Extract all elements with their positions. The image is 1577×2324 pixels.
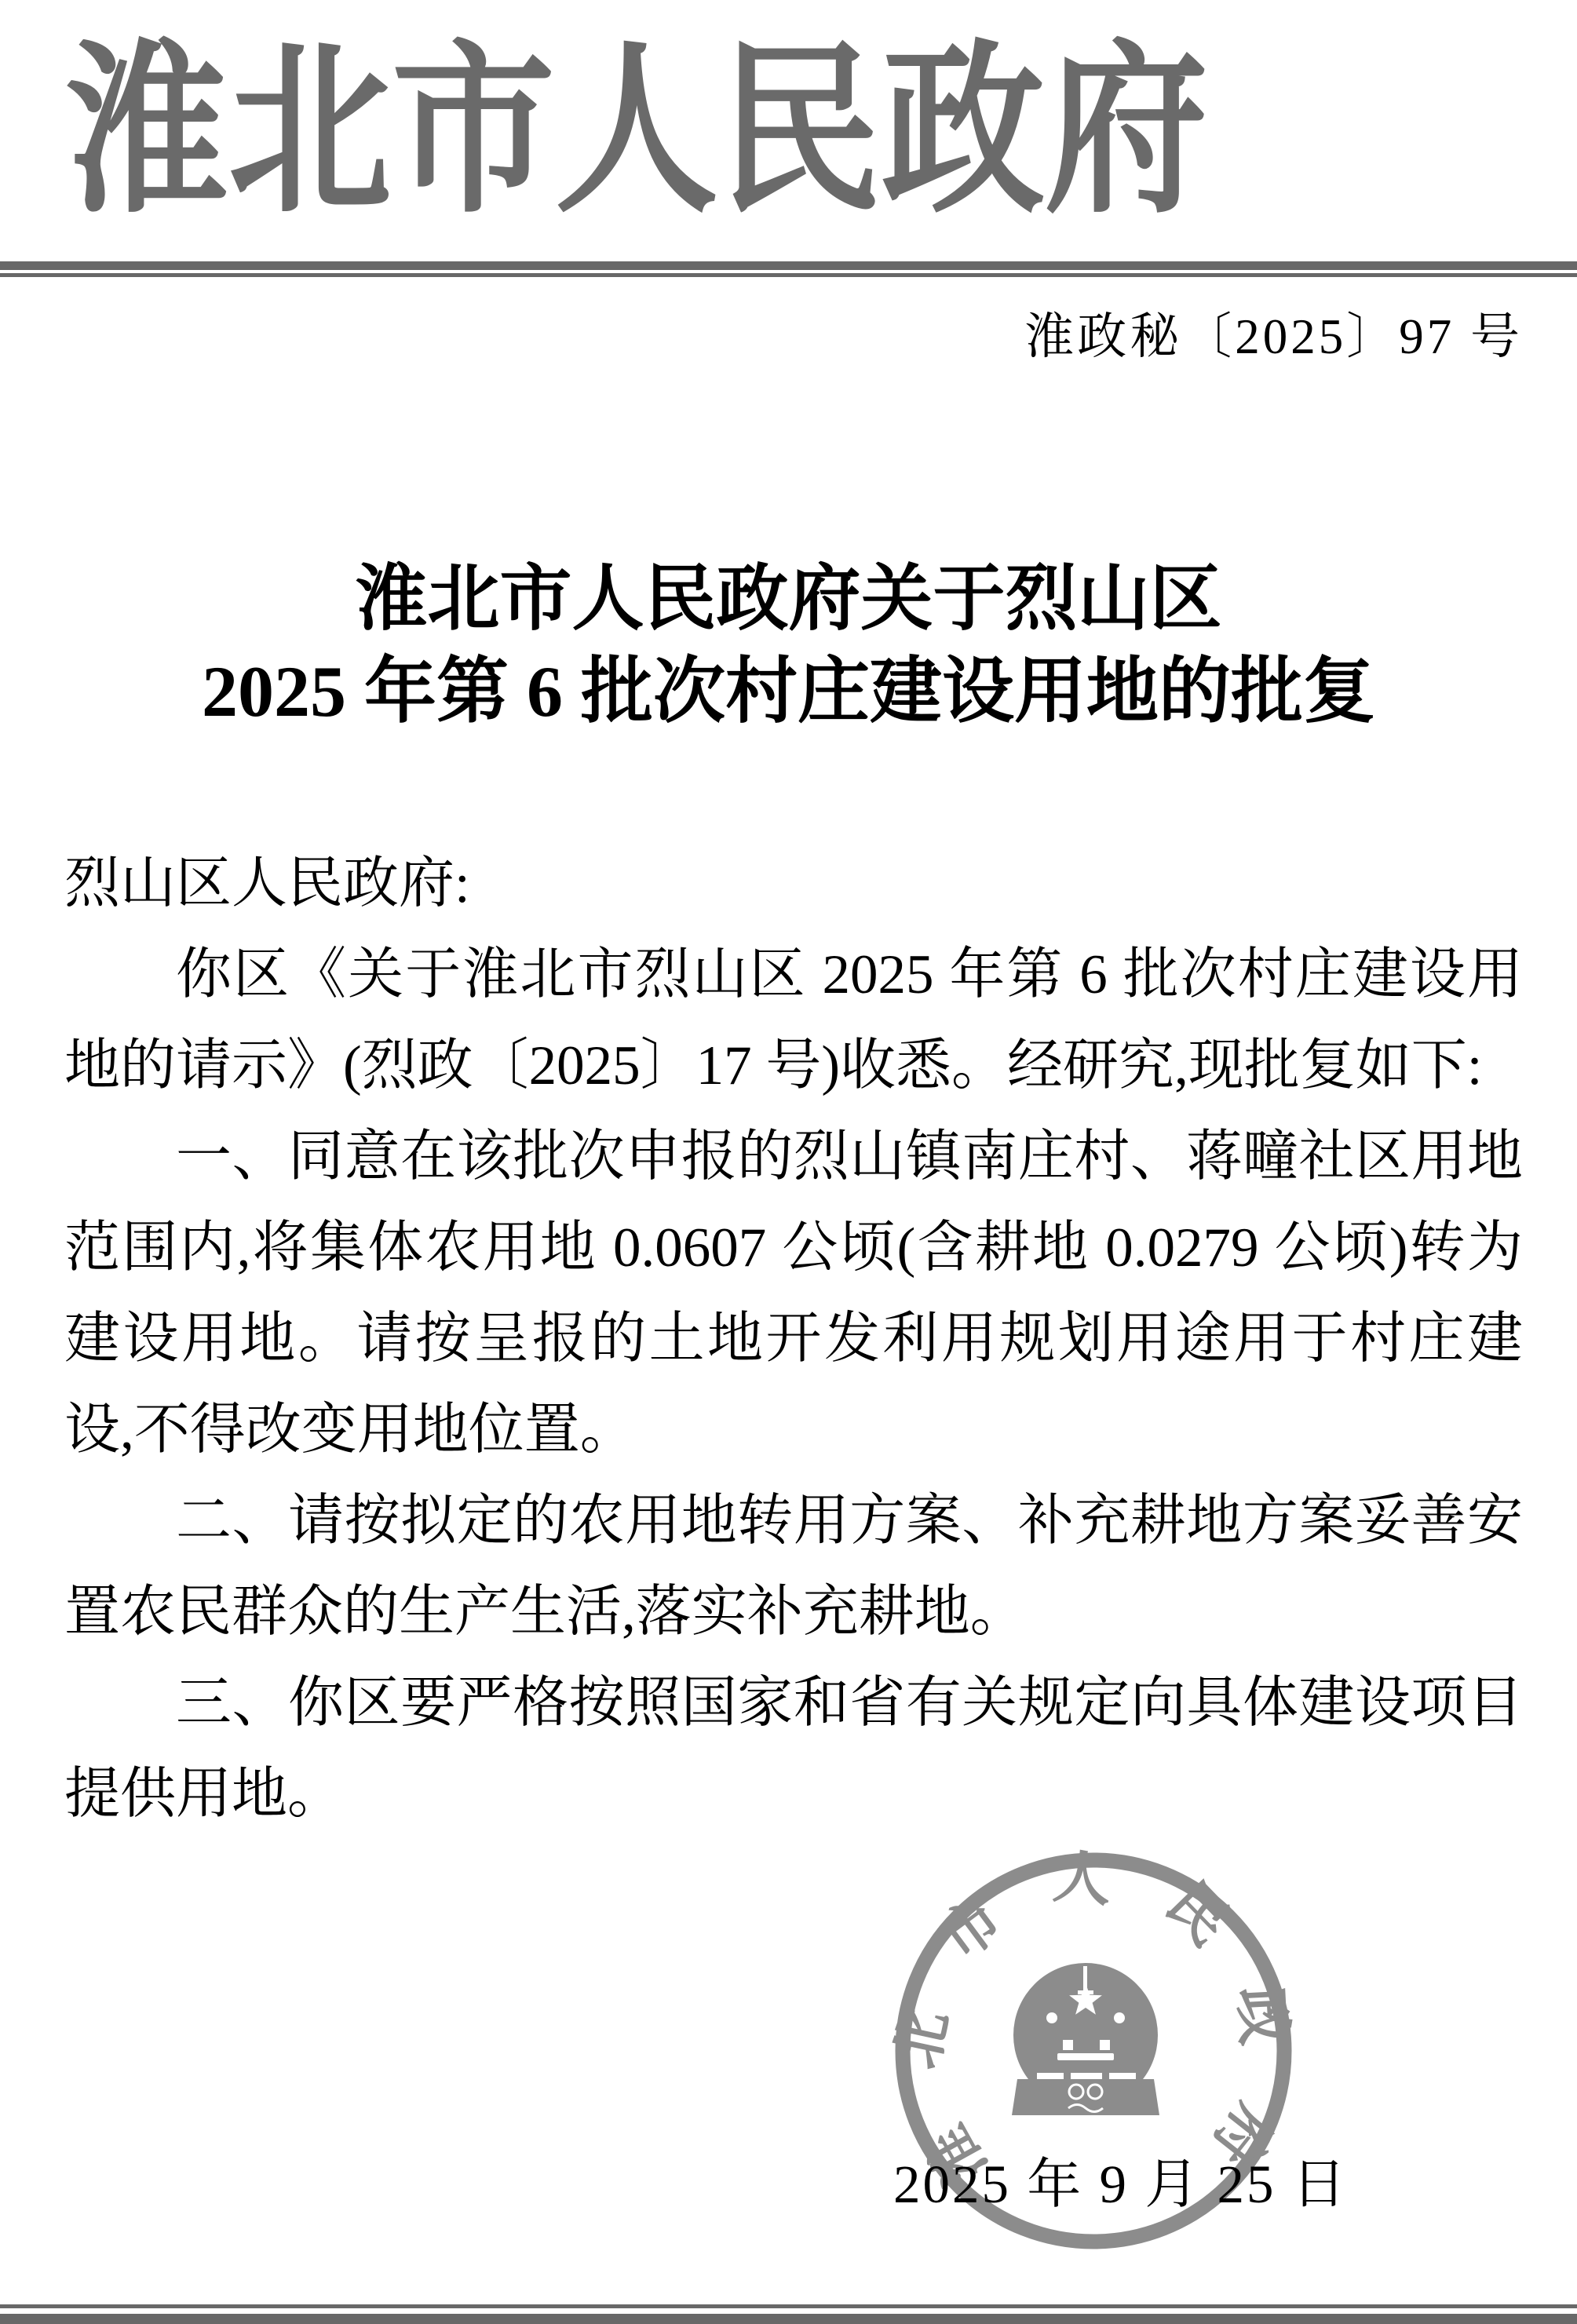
body-paragraph: 三、你区要严格按照国家和省有关规定向具体建设项目提供用地。: [64, 1658, 1523, 1840]
header-rule-thin: [0, 273, 1577, 277]
document-title: 淮北市人民政府关于烈山区 2025 年第 6 批次村庄建设用地的批复: [0, 553, 1577, 738]
footer-rule-thin: [0, 2304, 1577, 2308]
document-title-line-2: 2025 年第 6 批次村庄建设用地的批复: [0, 645, 1577, 738]
body-paragraph: 一、同意在该批次申报的烈山镇南庄村、蒋疃社区用地范围内,将集体农用地 0.060…: [64, 1111, 1523, 1476]
document-number: 淮政秘〔2025〕97 号: [1024, 308, 1523, 367]
document-page: 淮北市人民政府 淮政秘〔2025〕97 号 淮北市人民政府关于烈山区 2025 …: [0, 0, 1577, 2324]
body-paragraph: 你区《关于淮北市烈山区 2025 年第 6 批次村庄建设用地的请示》(烈政〔20…: [64, 929, 1523, 1111]
document-title-line-1: 淮北市人民政府关于烈山区: [0, 553, 1577, 645]
document-date: 2025 年 9 月 25 日: [893, 2155, 1349, 2215]
footer-rule-thick: [0, 2314, 1577, 2324]
header-rule-thick: [0, 261, 1577, 270]
document-body: 烈山区人民政府: 你区《关于淮北市烈山区 2025 年第 6 批次村庄建设用地的…: [64, 838, 1523, 1840]
national-emblem-icon: [1012, 1963, 1159, 2115]
letterhead-org-name: 淮北市人民政府: [65, 33, 1514, 232]
body-paragraph: 二、请按拟定的农用地转用方案、补充耕地方案妥善安置农民群众的生产生活,落实补充耕…: [64, 1476, 1523, 1658]
salutation: 烈山区人民政府:: [64, 838, 1523, 929]
